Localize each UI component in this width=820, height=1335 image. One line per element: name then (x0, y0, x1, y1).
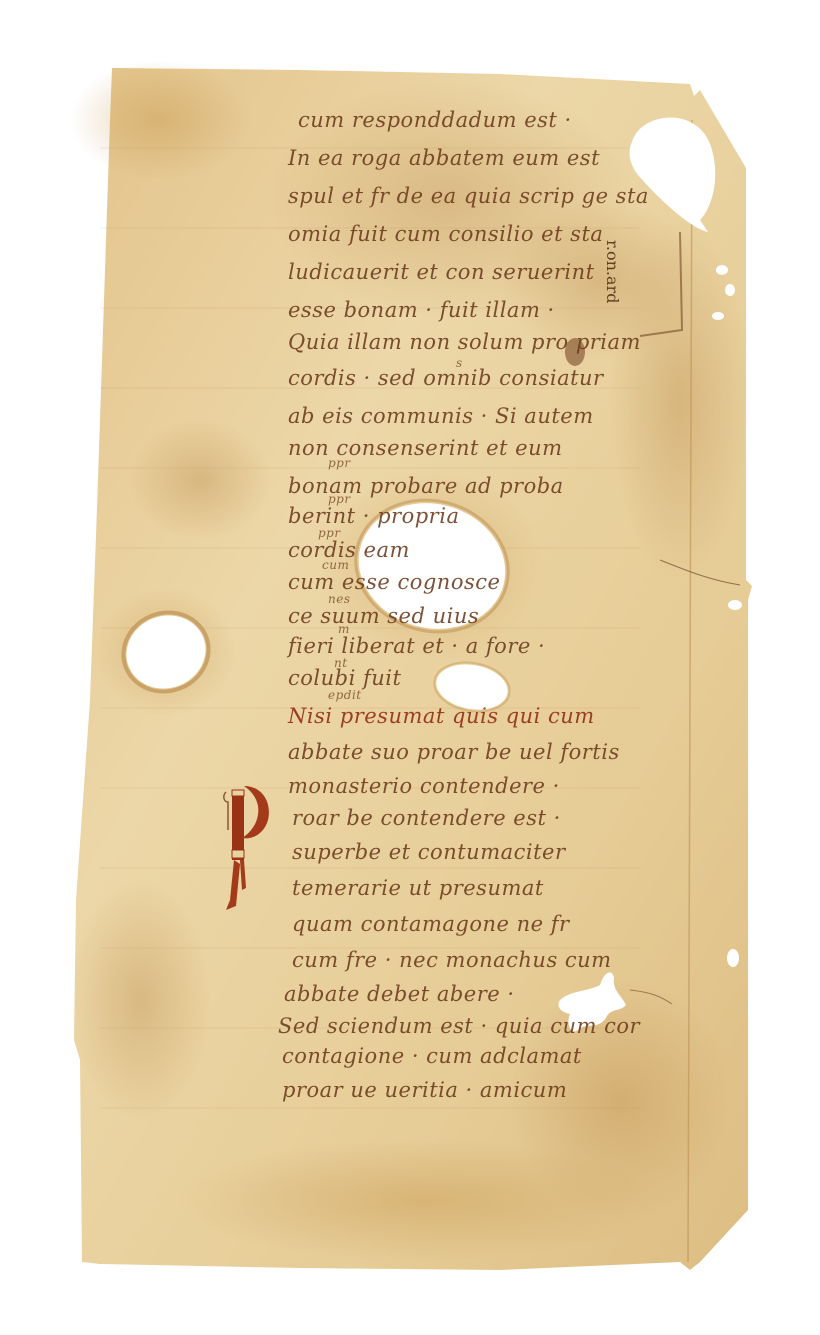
marginal-note: r.on.ard (603, 240, 622, 303)
text-line: quam contamagone ne fr (292, 912, 570, 936)
text-line: abbate suo proar be uel fortis (288, 740, 620, 764)
interlinear-gloss: s (456, 356, 463, 370)
text-line: ab eis communis · Si autem (288, 404, 594, 428)
text-line: superbe et contumaciter (292, 840, 566, 864)
text-line: ce suum sed uius (288, 604, 479, 628)
decorated-initial-p (222, 782, 272, 912)
text-line: spul et fr de ea quia scrip ge sta (288, 184, 649, 208)
text-line: contagione · cum adclamat (282, 1044, 582, 1068)
text-line: berint · propria (288, 504, 459, 528)
interlinear-gloss: ppr (328, 492, 351, 506)
text-line: Sed sciendum est · quia cum cor (278, 1014, 640, 1038)
text-line: cordis · sed omnib consiatur (288, 366, 604, 390)
text-line: cum esse cognosce (288, 570, 500, 594)
text-line: esse bonam · fuit illam · (288, 298, 555, 322)
text-line: proar ue ueritia · amicum (282, 1078, 567, 1102)
interlinear-gloss: nt (334, 656, 348, 670)
rubric-line: Nisi presumat quis qui cum (288, 704, 595, 728)
interlinear-gloss: cum (322, 558, 349, 572)
text-line: cum responddadum est · (298, 108, 572, 132)
text-line: ludicauerit et con seruerint (288, 260, 595, 284)
interlinear-gloss: m (338, 622, 350, 636)
text-line: roar be contendere est · (292, 806, 561, 830)
interlinear-gloss: epdit (328, 688, 362, 702)
text-line: abbate debet abere · (284, 982, 515, 1006)
text-line: fieri liberat et · a fore · (288, 634, 545, 658)
interlinear-gloss: ppr (318, 526, 341, 540)
text-line: In ea roga abbatem eum est (288, 146, 600, 170)
interlinear-gloss: ppr (328, 456, 351, 470)
text-line: omia fuit cum consilio et sta (288, 222, 603, 246)
text-line: monasterio contendere · (288, 774, 560, 798)
interlinear-gloss: nes (328, 592, 351, 606)
text-line: Quia illam non solum pro priam (288, 330, 641, 354)
text-line: temerarie ut presumat (292, 876, 544, 900)
text-line: cum fre · nec monachus cum (292, 948, 612, 972)
